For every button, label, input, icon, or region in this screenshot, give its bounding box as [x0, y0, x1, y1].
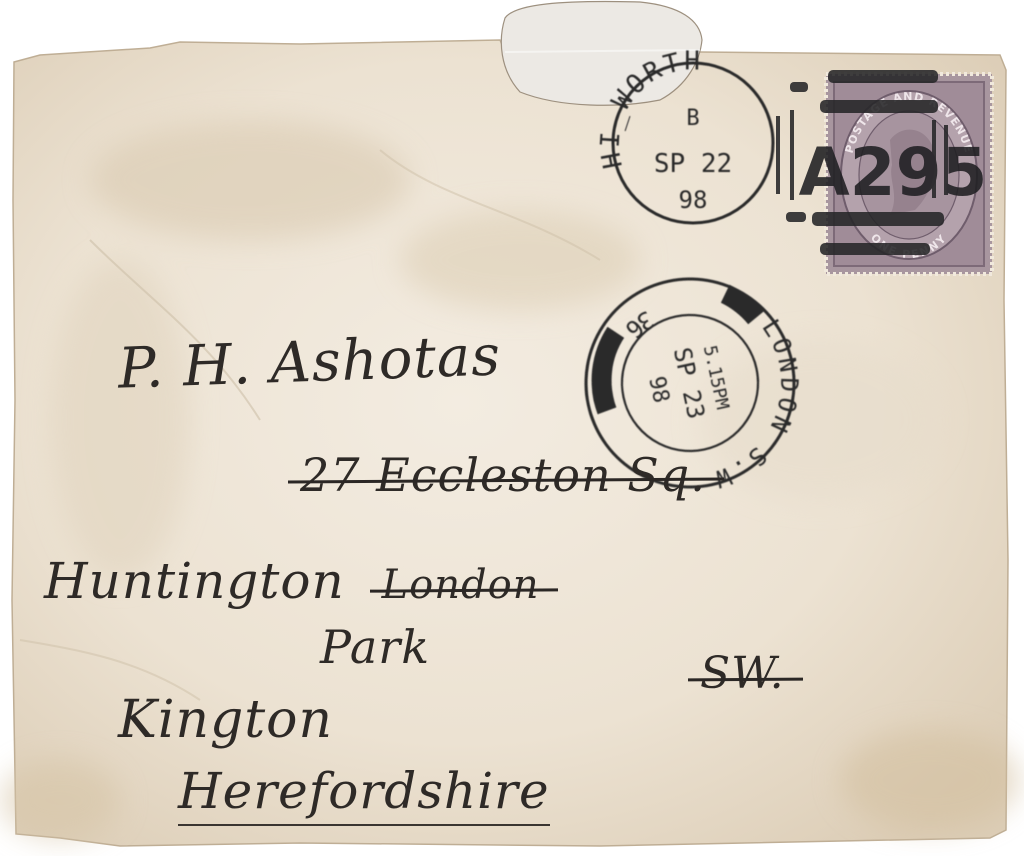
postcode-text: SW.	[700, 648, 785, 699]
svg-text:SP 22: SP 22	[654, 149, 732, 179]
city-replacement: Huntington	[44, 552, 345, 610]
svg-text:98: 98	[679, 186, 708, 214]
street-text: 27 Eccleston Sq.	[300, 448, 706, 502]
svg-text:B: B	[686, 106, 699, 131]
address-town-line: Kington	[118, 690, 333, 750]
address-city-line: Huntington London	[44, 552, 539, 610]
address-county-line: Herefordshire	[178, 762, 550, 820]
city-struck: London	[382, 562, 540, 608]
addressee-name: P. H. Ashotas	[117, 323, 502, 401]
address-park-line: Park	[320, 620, 430, 674]
address-street-struck: 27 Eccleston Sq.	[300, 448, 706, 502]
svg-text:A295: A295	[799, 134, 988, 211]
county-text: Herefordshire	[178, 762, 550, 826]
address-postcode-struck: SW.	[700, 648, 785, 699]
